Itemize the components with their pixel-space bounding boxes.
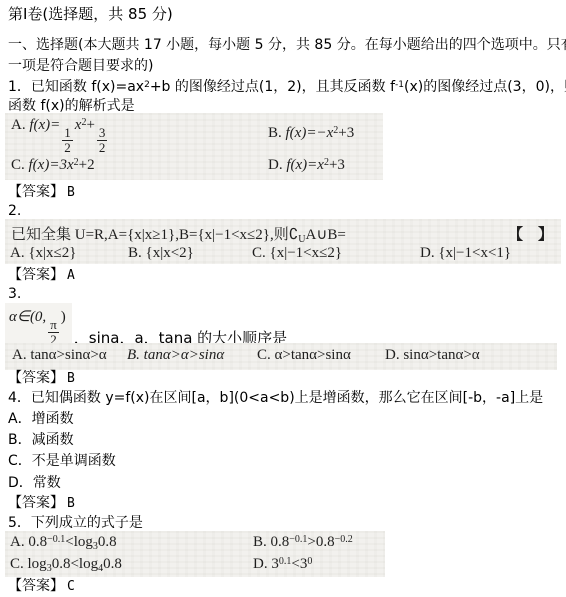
answer-label: 【答案】 [8, 578, 64, 594]
option-label: C. [10, 556, 24, 572]
q5-answer: 【答案】C [8, 577, 75, 596]
q4-stem: 4．已知偶函数 y=f(x)在区间[a，b](0<a<b)上是增函数，那么它在区… [8, 389, 543, 408]
exam-document: 第Ⅰ卷(选择题，共 85 分) 一、选择题(本大题共 17 小题，每小题 5 分… [0, 0, 566, 597]
formula-part: +2 [79, 157, 95, 173]
formula-part: 0.8 [271, 534, 290, 550]
q2-option-c: C. {x|−1<x≤2} [252, 245, 342, 262]
q1-stem-part: (x)的图像经过点(3，0)，则 [404, 79, 566, 95]
q1-option-b: B. f(x)=−x2+3 [268, 125, 354, 142]
formula-part: α∈(0, [9, 309, 46, 325]
formula-exponent: −0.1 [47, 534, 65, 545]
formula-part: 0.8 [28, 534, 47, 550]
q1-stem-line1: 1．已知函数 f(x)=ax2+b 的图像经过点(1，2)，且其反函数 f-1(… [8, 76, 566, 97]
q5-options-scan-image: A. 0.8−0.1<log30.8 B. 0.8−0.1>0.8−0.2 C.… [5, 531, 385, 577]
formula-part: 0.8 [98, 534, 117, 550]
q3-stem-row: α∈(0,π2) ，sina，a，tana 的大小顺序是 [5, 303, 287, 348]
q2-option-b: B. {x|x<2} [128, 245, 194, 262]
answer-letter: B [67, 496, 75, 511]
q2-answer-bracket: 【 】 [508, 223, 553, 244]
formula-exponent: 0.1 [279, 556, 292, 567]
fraction-numerator: 1 [62, 126, 73, 141]
q5-option-c: C. log30.8<log40.8 [10, 556, 122, 574]
formula-exponent: −0.2 [335, 534, 353, 545]
q2-stem-part: A∪B= [306, 227, 346, 243]
formula-part: 0.8 [316, 534, 335, 550]
q2-scan-image: 已知全集 U=R,A={x|x≥1},B={x|−1<x≤2},则∁UA∪B= … [5, 219, 561, 264]
q2-complement-subscript: U [298, 234, 305, 245]
formula-part: f(x)=3x [29, 157, 74, 173]
q1-options-scan-image: A. f(x)=12x2+32 B. f(x)=−x2+3 C. f(x)=3x… [5, 113, 383, 180]
fraction-denominator: 2 [97, 141, 108, 155]
q2-stem-part: 已知全集 U=R,A={x|x≥1},B={x|−1<x≤2},则∁ [11, 227, 298, 243]
relation-symbol: < [291, 556, 299, 572]
q1-option-a: A. f(x)=12x2+32 [11, 117, 109, 154]
q1-stem-inverse-exponent: -1 [395, 80, 404, 90]
q3-number: 3. [8, 285, 21, 304]
q3-option-a: A. tanα>sinα>α [12, 347, 107, 364]
page-title: 第Ⅰ卷(选择题，共 85 分) [8, 5, 173, 24]
fraction-numerator: π [48, 318, 59, 333]
answer-letter: A [67, 268, 75, 283]
q4-option-a: A．增函数 [8, 410, 74, 429]
answer-letter: C [67, 579, 75, 594]
q4-answer: 【答案】B [8, 494, 75, 513]
q1-stem-part: +b 的图像经过点(1，2)，且其反函数 f [150, 79, 395, 95]
relation-symbol: < [65, 534, 73, 550]
answer-letter: B [67, 371, 75, 386]
option-label: D. [268, 157, 283, 173]
answer-label: 【答案】 [8, 495, 64, 511]
formula-exponent: −0.1 [289, 534, 307, 545]
q3-option-d: D. sinα>tanα>α [385, 347, 480, 364]
q3-option-c: C. α>tanα>sinα [257, 347, 351, 364]
formula-exponent: 0 [307, 556, 312, 567]
q2-stem: 已知全集 U=R,A={x|x≥1},B={x|−1<x≤2},则∁UA∪B= [11, 223, 346, 245]
fraction-numerator: 3 [97, 126, 108, 141]
formula-part: ) [61, 309, 66, 325]
q2-option-a: A. {x|x≤2} [10, 245, 76, 262]
fraction: 32 [97, 126, 108, 154]
option-label: D. [253, 556, 268, 572]
formula-part: +3 [338, 125, 354, 141]
option-label: B. [268, 125, 282, 141]
q3-expression-scan-image: α∈(0,π2) [5, 303, 72, 348]
q1-answer: 【答案】B [8, 183, 75, 202]
q4-option-d: D．常数 [8, 474, 61, 493]
option-label: C. [11, 157, 25, 173]
q2-option-d: D. {x|−1<x<1} [420, 245, 511, 262]
q2-answer: 【答案】A [8, 266, 75, 285]
q5-option-b: B. 0.8−0.1>0.8−0.2 [253, 534, 353, 551]
option-label: B. [253, 534, 267, 550]
option-label: A. [11, 117, 26, 133]
q1-option-d: D. f(x)=x2+3 [268, 157, 345, 174]
q5-option-a: A. 0.8−0.1<log30.8 [10, 534, 117, 552]
formula-part: 0.8 [52, 556, 71, 572]
q1-option-c: C. f(x)=3x2+2 [11, 157, 95, 174]
formula-part: f(x)= [29, 117, 60, 133]
q3-answer: 【答案】B [8, 369, 75, 388]
q4-option-c: C．不是单调函数 [8, 452, 116, 471]
formula-part: log [74, 534, 93, 550]
formula-part: f(x)=−x [286, 125, 334, 141]
formula-part: 3 [271, 556, 279, 572]
answer-letter: B [67, 185, 75, 200]
q3-options-scan-image: A. tanα>sinα>α B. tanα>α>sinα C. α>tanα>… [5, 343, 557, 370]
answer-label: 【答案】 [8, 184, 64, 200]
formula-part: + [86, 117, 94, 133]
formula-part: +3 [329, 157, 345, 173]
q3-option-b: B. tanα>α>sinα [127, 347, 224, 364]
fraction: 12 [62, 126, 73, 154]
formula-part: log [28, 556, 47, 572]
section-intro-line2: 一项是符合题目要求的) [8, 57, 153, 76]
formula-part: log [79, 556, 98, 572]
answer-label: 【答案】 [8, 370, 64, 386]
section-intro-line1: 一、选择题(本大题共 17 小题，每小题 5 分，共 85 分。在每小题给出的四… [8, 36, 566, 55]
relation-symbol: < [70, 556, 78, 572]
answer-label: 【答案】 [8, 267, 64, 283]
formula-part: f(x)=x [286, 157, 324, 173]
q1-stem-part: 1．已知函数 f(x)=ax [8, 79, 144, 95]
formula-part: 0.8 [103, 556, 122, 572]
q5-option-d: D. 30.1<30 [253, 556, 312, 573]
relation-symbol: > [307, 534, 315, 550]
option-label: A. [10, 534, 25, 550]
q4-option-b: B．减函数 [8, 431, 74, 450]
fraction-denominator: 2 [62, 141, 73, 155]
